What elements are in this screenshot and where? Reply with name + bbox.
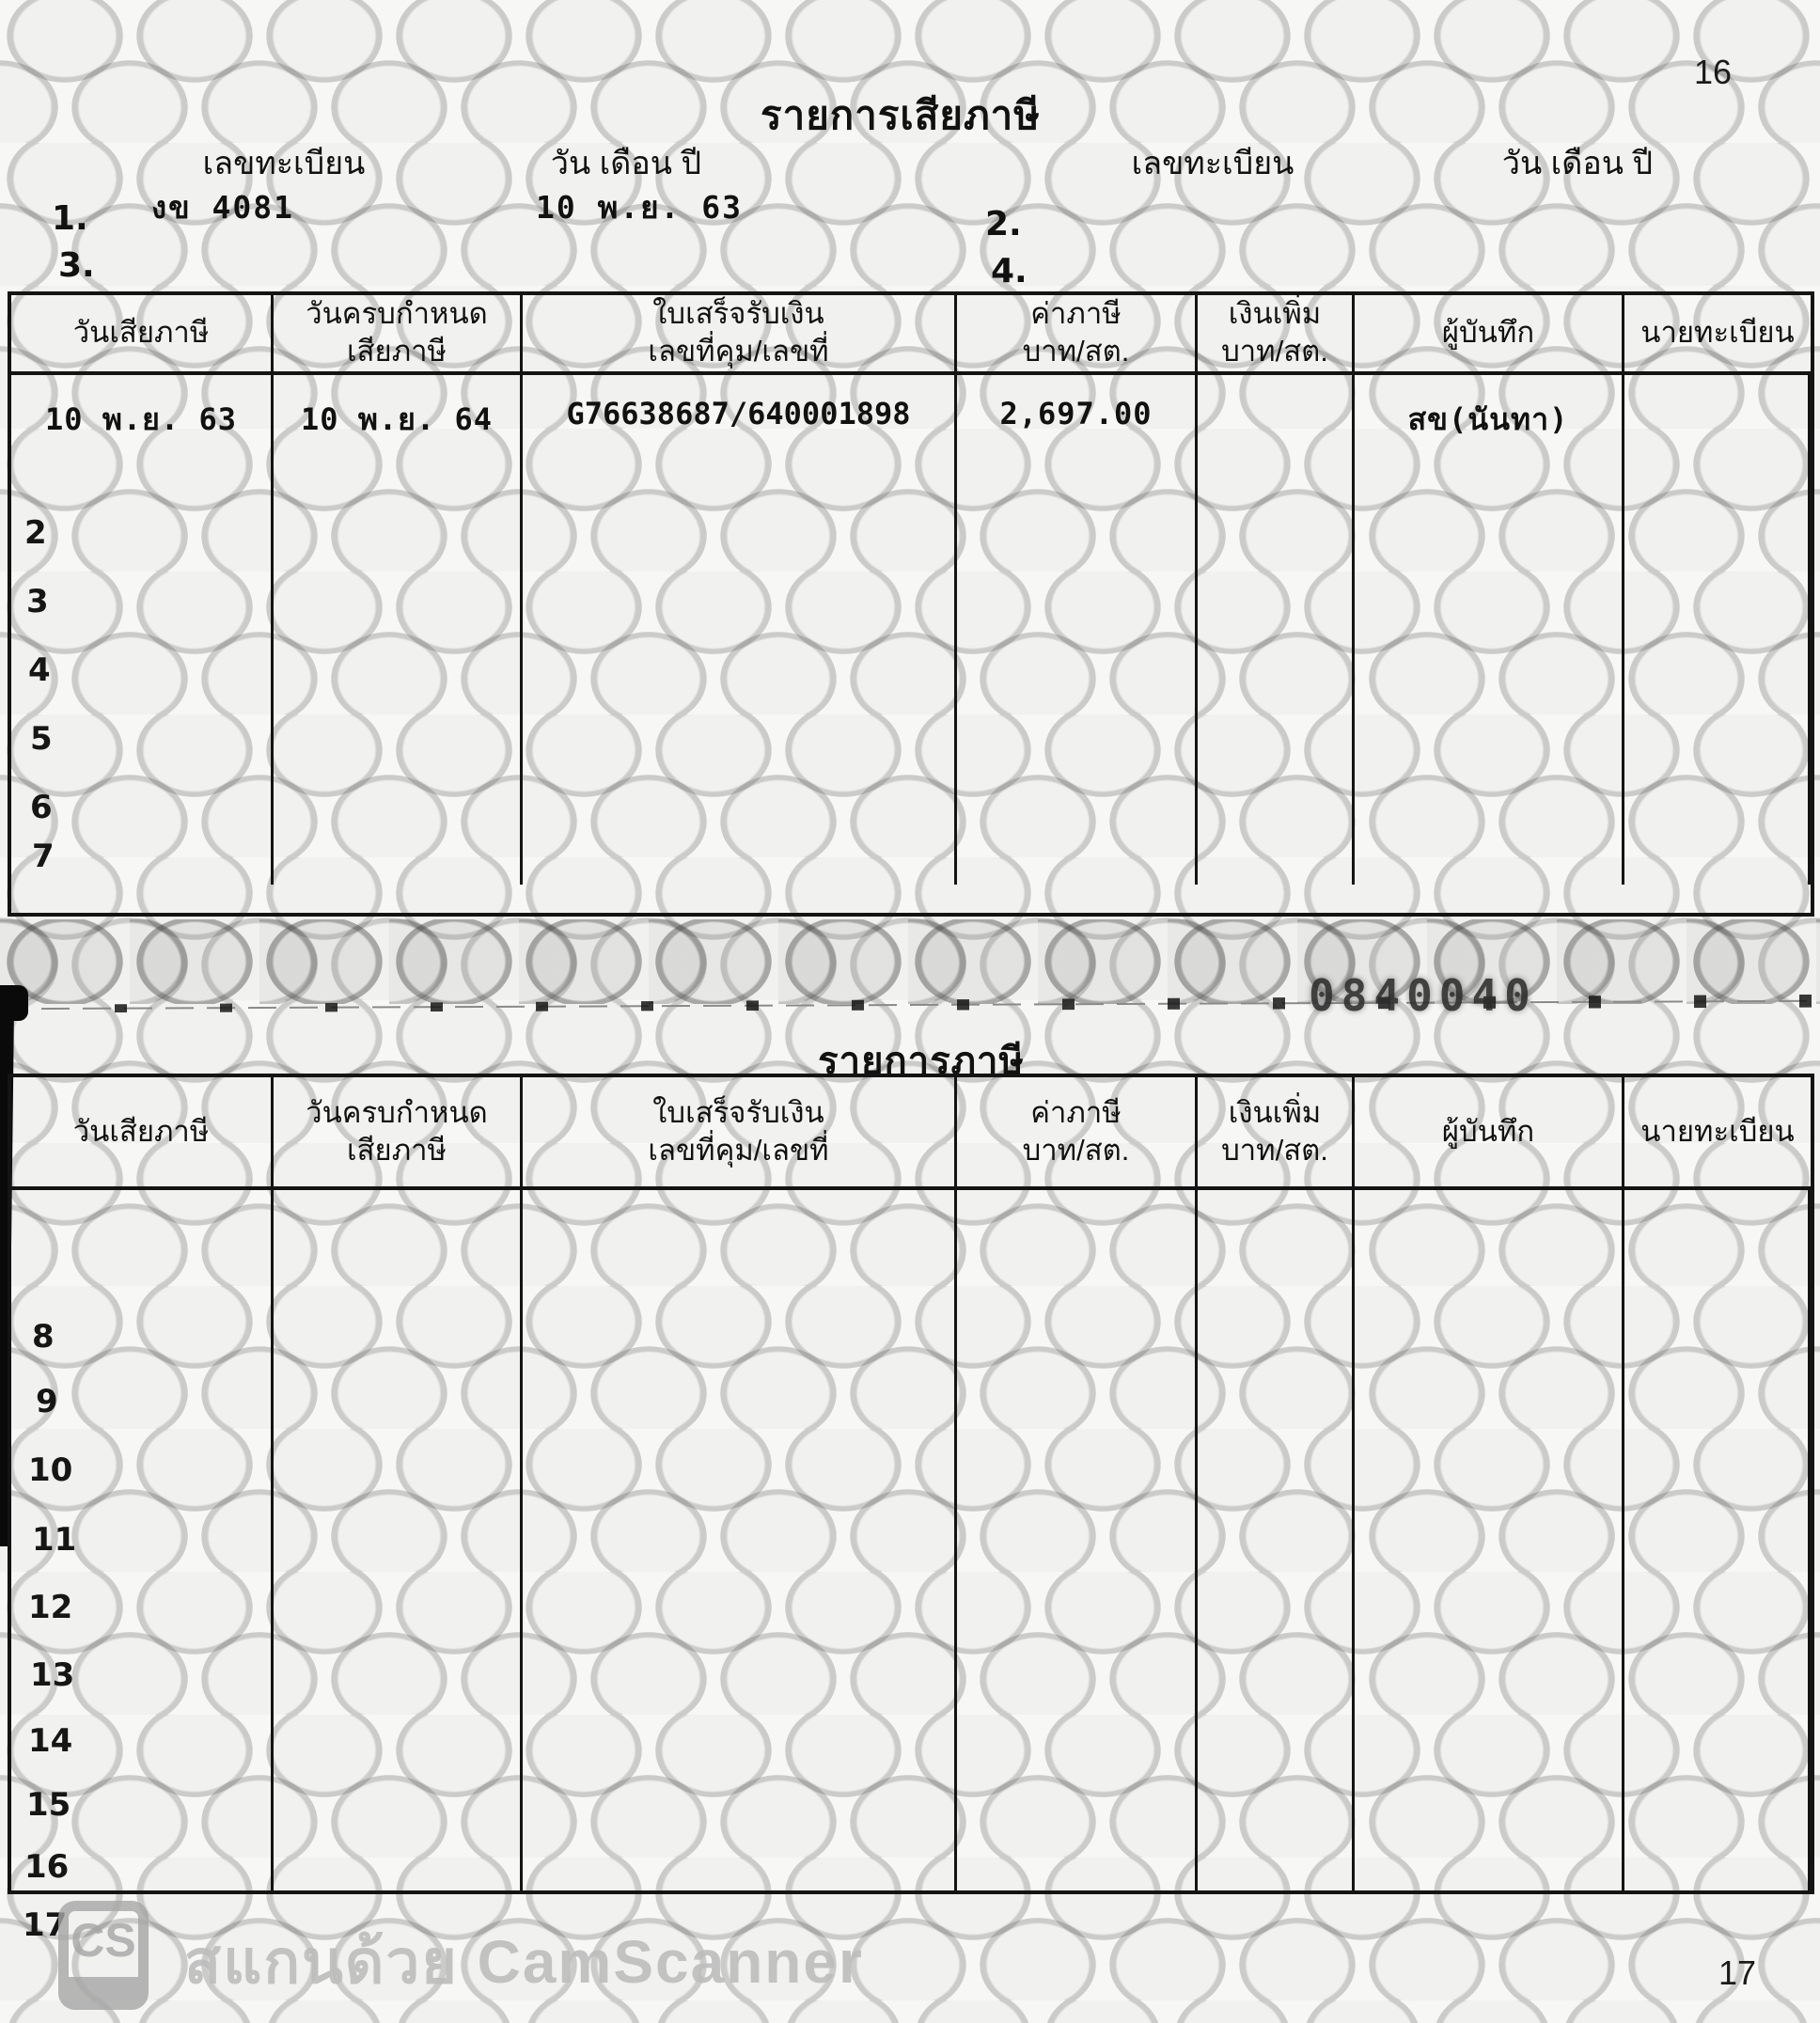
tax-table-2: วันเสียภาษี วันครบกำหนดเสียภาษี ใบเสร็จร… <box>8 1074 1814 1894</box>
row1-tax-date: 10 พ.ย. 63 <box>11 396 271 444</box>
row-number-13: 13 <box>30 1656 74 1694</box>
row1-tax-amount: 2,697.00 <box>957 396 1195 431</box>
stamp-serial-number: 0840040 <box>1309 970 1537 1021</box>
right-registration-label: เลขทะเบียน <box>1072 137 1354 188</box>
row-number-6: 6 <box>30 789 53 826</box>
row-number-15: 15 <box>26 1786 71 1824</box>
col-header-due-date: วันครบกำหนดเสียภาษี <box>274 1077 523 1186</box>
left-registration-label: เลขทะเบียน <box>143 137 425 188</box>
row-number-12: 12 <box>28 1589 72 1626</box>
row-number-4: 4 <box>28 651 51 689</box>
col-header-due-date: วันครบกำหนดเสียภาษี <box>274 295 523 371</box>
page-number-top: 16 <box>1694 53 1732 92</box>
col-header-registrar: นายทะเบียน <box>1624 1077 1811 1186</box>
row-number-14: 14 <box>28 1722 72 1760</box>
col-header-tax-amount: ค่าภาษีบาท/สต. <box>957 1077 1198 1186</box>
col-header-surcharge: เงินเพิ่มบาท/สต. <box>1198 1077 1355 1186</box>
marker-4: 4. <box>991 252 1028 290</box>
tax-table-2-body: 8 9 10 11 12 13 14 15 16 17 <box>11 1190 1811 1891</box>
col-header-tax-amount: ค่าภาษีบาท/สต. <box>957 295 1198 371</box>
row1-receipt-number: G76638687/640001898 <box>523 396 954 431</box>
tax-table-1-body: 10 พ.ย. 63 10 พ.ย. 64 G76638687/64000189… <box>11 375 1811 885</box>
camscanner-logo-base <box>69 1977 138 1999</box>
marker-2: 2. <box>985 205 1022 243</box>
col-header-tax-date: วันเสียภาษี <box>11 295 274 371</box>
scanned-tax-record-page: 16 รายการเสียภาษี เลขทะเบียน วัน เดือน ป… <box>0 0 1820 2023</box>
tax-table-1: วันเสียภาษี วันครบกำหนดเสียภาษี ใบเสร็จร… <box>8 291 1814 917</box>
cell-due-date: 10 พ.ย. 64 <box>274 375 523 885</box>
tax-table-1-header: วันเสียภาษี วันครบกำหนดเสียภาษี ใบเสร็จร… <box>11 295 1811 375</box>
right-date-label: วัน เดือน ปี <box>1436 137 1718 188</box>
col-header-tax-date: วันเสียภาษี <box>11 1077 274 1186</box>
cell-recorder <box>1355 1190 1624 1891</box>
cell-tax-amount <box>957 1190 1198 1891</box>
cell-surcharge <box>1198 375 1355 885</box>
cell-due-date <box>274 1190 523 1891</box>
cell-registrar <box>1624 375 1811 885</box>
cell-receipt: G76638687/640001898 <box>523 375 957 885</box>
page-number-bottom: 17 <box>1718 1953 1756 1993</box>
row-number-10: 10 <box>28 1451 72 1489</box>
row-number-16: 16 <box>24 1848 69 1886</box>
cell-registrar <box>1624 1190 1811 1891</box>
left-registration-value: งข 4081 <box>82 182 364 232</box>
left-date-label: วัน เดือน ปี <box>485 137 767 188</box>
row-number-5: 5 <box>30 720 53 758</box>
camscanner-logo-text: CS <box>69 1913 138 1968</box>
row1-due-date: 10 พ.ย. 64 <box>274 396 520 444</box>
col-header-registrar: นายทะเบียน <box>1624 295 1811 371</box>
cell-receipt <box>523 1190 957 1891</box>
row1-recorder: สข(นันทา) <box>1355 396 1622 444</box>
row-number-7: 7 <box>32 838 55 875</box>
camscanner-logo: CS <box>58 1901 149 2010</box>
cell-surcharge <box>1198 1190 1355 1891</box>
cell-tax-amount: 2,697.00 <box>957 375 1198 885</box>
col-header-surcharge: เงินเพิ่มบาท/สต. <box>1198 295 1355 371</box>
row-number-9: 9 <box>36 1383 58 1420</box>
col-header-receipt: ใบเสร็จรับเงินเลขที่คุม/เลขที่ <box>523 295 957 371</box>
left-date-value: 10 พ.ย. 63 <box>498 182 780 232</box>
col-header-recorder: ผู้บันทึก <box>1355 1077 1624 1186</box>
col-header-receipt: ใบเสร็จรับเงินเลขที่คุม/เลขที่ <box>523 1077 957 1186</box>
col-header-recorder: ผู้บันทึก <box>1355 295 1624 371</box>
row-number-3: 3 <box>26 583 49 620</box>
row-number-8: 8 <box>32 1318 55 1356</box>
cell-recorder: สข(นันทา) <box>1355 375 1624 885</box>
marker-3: 3. <box>58 246 95 285</box>
marker-1: 1. <box>52 199 88 238</box>
tax-table-2-header: วันเสียภาษี วันครบกำหนดเสียภาษี ใบเสร็จร… <box>11 1077 1811 1190</box>
row-number-11: 11 <box>32 1521 76 1559</box>
row-number-2: 2 <box>24 514 47 552</box>
dark-coin-band <box>0 919 1820 1004</box>
camscanner-caption: สแกนด้วย CamScanner <box>184 1914 864 2010</box>
